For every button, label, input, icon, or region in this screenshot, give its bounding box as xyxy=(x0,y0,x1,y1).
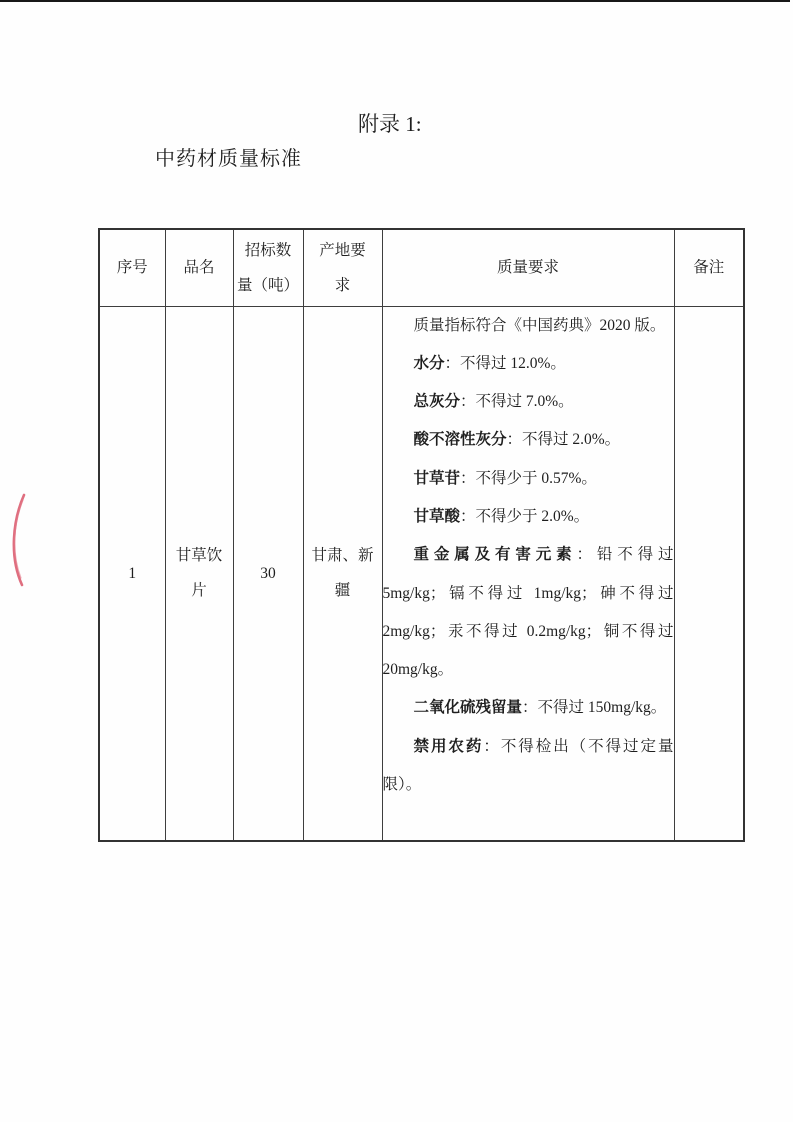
col-header-remark: 备注 xyxy=(674,229,744,306)
quality-paragraph: 禁用农药：不得检出（不得过定量限）。 xyxy=(383,728,674,805)
appendix-label: 附录 1: xyxy=(358,111,422,137)
quality-paragraph: 质量指标符合《中国药典》2020 版。 xyxy=(383,307,674,345)
document-page: 附录 1: 中药材质量标准 序号 品名 招标数 量（吨） 产地要 求 质量要求 … xyxy=(0,0,793,1122)
col-header-product-name: 品名 xyxy=(165,229,233,306)
quality-paragraph: 总灰分：不得过 7.0%。 xyxy=(383,383,674,421)
table-row: 1 甘草饮 片 30 甘肃、新 疆 质量指标符合《中国药典》2020 版。 水分… xyxy=(99,306,744,841)
col-header-quality-requirement: 质量要求 xyxy=(382,229,674,306)
cell-quality-requirements: 质量指标符合《中国药典》2020 版。 水分：不得过 12.0%。 总灰分：不得… xyxy=(382,306,674,841)
red-pen-mark-icon xyxy=(5,488,35,593)
scan-edge-artifact xyxy=(0,0,790,2)
col-header-tender-quantity: 招标数 量（吨） xyxy=(233,229,303,306)
cell-quantity: 30 xyxy=(233,306,303,841)
quality-standards-table: 序号 品名 招标数 量（吨） 产地要 求 质量要求 备注 1 甘草饮 片 30 … xyxy=(98,228,745,842)
col-header-origin-requirement: 产地要 求 xyxy=(303,229,382,306)
quality-paragraph: 水分：不得过 12.0%。 xyxy=(383,345,674,383)
cell-origin: 甘肃、新 疆 xyxy=(303,306,382,841)
quality-paragraph: 甘草酸：不得少于 2.0%。 xyxy=(383,498,674,536)
quality-paragraph: 酸不溶性灰分：不得过 2.0%。 xyxy=(383,421,674,459)
page-title: 中药材质量标准 xyxy=(155,146,302,172)
col-header-index: 序号 xyxy=(99,229,165,306)
cell-product-name: 甘草饮 片 xyxy=(165,306,233,841)
quality-paragraph: 二氧化硫残留量：不得过 150mg/kg。 xyxy=(383,689,674,727)
cell-index: 1 xyxy=(99,306,165,841)
quality-paragraph: 甘草苷：不得少于 0.57%。 xyxy=(383,460,674,498)
quality-paragraph: 重金属及有害元素：铅不得过 5mg/kg；镉不得过 1mg/kg；砷不得过 2m… xyxy=(383,536,674,689)
cell-remark xyxy=(674,306,744,841)
table-header-row: 序号 品名 招标数 量（吨） 产地要 求 质量要求 备注 xyxy=(99,229,744,306)
